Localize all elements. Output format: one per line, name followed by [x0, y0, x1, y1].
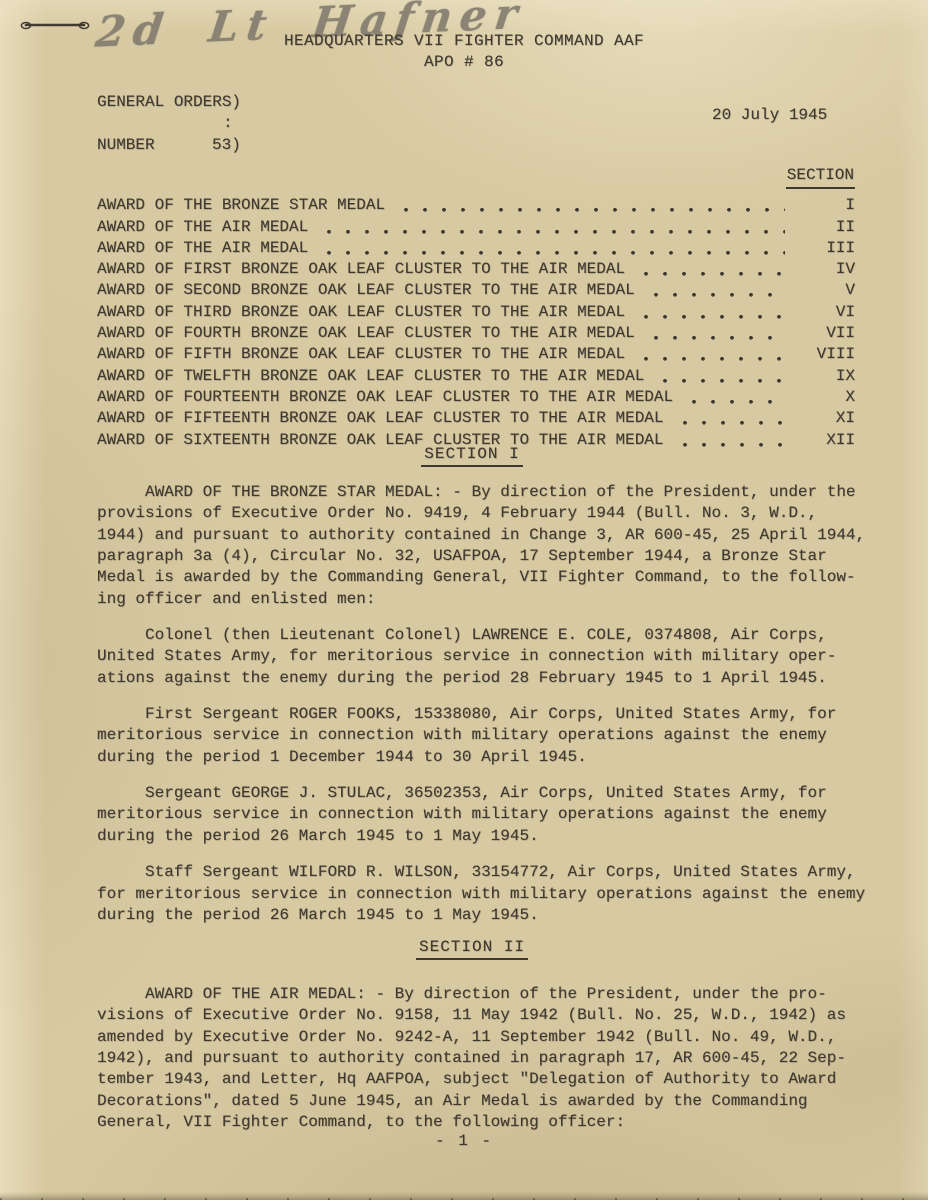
document-page: 2d Lt Hafner HEADQUARTERS VII FIGHTER CO… [0, 0, 928, 1200]
toc-dot-leader [637, 344, 785, 365]
number-label: NUMBER [97, 135, 212, 156]
text-line: Colonel (then Lieutenant Colonel) LAWREN… [97, 625, 887, 646]
toc-row: AWARD OF THE AIR MEDALII [97, 217, 855, 238]
header-apo-line: APO # 86 [0, 52, 928, 73]
text-line: United States Army, for meritorious serv… [97, 646, 887, 667]
toc-row: AWARD OF THIRD BRONZE OAK LEAF CLUSTER T… [97, 302, 855, 323]
text-line: ations against the enemy during the peri… [97, 668, 887, 689]
header-command-line: HEADQUARTERS VII FIGHTER COMMAND AAF [0, 31, 928, 52]
toc-rows: AWARD OF THE BRONZE STAR MEDALIAWARD OF … [97, 195, 855, 451]
toc-row-section-numeral: IV [795, 259, 855, 280]
text-line: for meritorious service in connection wi… [97, 884, 887, 905]
toc-row-section-numeral: VIII [795, 344, 855, 365]
toc-dot-leader [637, 302, 785, 323]
toc-row-section-numeral: XI [795, 408, 855, 429]
paragraph: AWARD OF THE BRONZE STAR MEDAL: - By dir… [97, 482, 887, 610]
text-line: Sergeant GEORGE J. STULAC, 36502353, Air… [97, 783, 887, 804]
toc-row-section-numeral: VI [795, 302, 855, 323]
text-line: First Sergeant ROGER FOOKS, 15338080, Ai… [97, 704, 887, 725]
toc-row-title: AWARD OF THE BRONZE STAR MEDAL [97, 195, 385, 216]
toc-dot-leader [320, 238, 785, 259]
page-bottom-edge [0, 1192, 928, 1200]
paragraph: First Sergeant ROGER FOOKS, 15338080, Ai… [97, 704, 887, 768]
order-date: 20 July 1945 [712, 106, 827, 124]
toc-header-row: SECTION [97, 165, 855, 189]
toc-row-title: AWARD OF FOURTH BRONZE OAK LEAF CLUSTER … [97, 323, 635, 344]
toc-row-title: AWARD OF FIFTH BRONZE OAK LEAF CLUSTER T… [97, 344, 625, 365]
toc-row-section-numeral: I [795, 195, 855, 216]
toc-section-column-header: SECTION [786, 165, 855, 189]
text-line: 1944) and pursuant to authority containe… [97, 525, 887, 546]
toc-row-section-numeral: V [795, 280, 855, 301]
toc-row: AWARD OF SECOND BRONZE OAK LEAF CLUSTER … [97, 280, 855, 301]
toc-dot-leader [637, 259, 785, 280]
page-number: - 1 - [0, 1132, 928, 1150]
toc-row: AWARD OF FOURTH BRONZE OAK LEAF CLUSTER … [97, 323, 855, 344]
text-line: ing officer and enlisted men: [97, 589, 887, 610]
paragraph: AWARD OF THE AIR MEDAL: - By direction o… [97, 984, 887, 1133]
toc-dot-leader [676, 408, 786, 429]
toc-dot-leader [647, 280, 785, 301]
text-line: meritorious service in connection with m… [97, 804, 887, 825]
toc-dot-leader [647, 323, 785, 344]
toc-row: AWARD OF FIFTEENTH BRONZE OAK LEAF CLUST… [97, 408, 855, 429]
toc-row: AWARD OF FIRST BRONZE OAK LEAF CLUSTER T… [97, 259, 855, 280]
toc-row-title: AWARD OF FIRST BRONZE OAK LEAF CLUSTER T… [97, 259, 625, 280]
toc-dot-leader [397, 195, 785, 216]
text-line: during the period 26 March 1945 to 1 May… [97, 905, 887, 926]
toc-row-title: AWARD OF TWELFTH BRONZE OAK LEAF CLUSTER… [97, 366, 644, 387]
toc-row-title: AWARD OF THE AIR MEDAL [97, 217, 308, 238]
document-header: HEADQUARTERS VII FIGHTER COMMAND AAF APO… [0, 31, 928, 74]
table-of-contents: SECTION AWARD OF THE BRONZE STAR MEDALIA… [97, 165, 855, 451]
toc-row-section-numeral: X [795, 387, 855, 408]
number-value: 53) [212, 136, 241, 154]
section-1-heading: SECTION I [8, 444, 928, 465]
text-line: visions of Executive Order No. 9158, 11 … [97, 1005, 887, 1026]
paragraph: Staff Sergeant WILFORD R. WILSON, 331547… [97, 862, 887, 926]
toc-row-section-numeral: IX [795, 366, 855, 387]
text-line: AWARD OF THE BRONZE STAR MEDAL: - By dir… [97, 482, 887, 503]
paragraph: Colonel (then Lieutenant Colonel) LAWREN… [97, 625, 887, 689]
toc-row: AWARD OF THE AIR MEDALIII [97, 238, 855, 259]
text-line: during the period 1 December 1944 to 30 … [97, 747, 887, 768]
text-line: Medal is awarded by the Commanding Gener… [97, 567, 887, 588]
text-line: amended by Executive Order No. 9242-A, 1… [97, 1027, 887, 1048]
toc-row-section-numeral: III [795, 238, 855, 259]
orders-label: GENERAL ORDERS) [97, 92, 241, 113]
section-2-heading: SECTION II [8, 937, 928, 958]
orders-number-line: NUMBER53) [97, 135, 241, 156]
text-line: AWARD OF THE AIR MEDAL: - By direction o… [97, 984, 887, 1005]
toc-row-section-numeral: II [795, 217, 855, 238]
toc-row-title: AWARD OF FIFTEENTH BRONZE OAK LEAF CLUST… [97, 408, 664, 429]
toc-row: AWARD OF THE BRONZE STAR MEDALI [97, 195, 855, 216]
text-line: provisions of Executive Order No. 9419, … [97, 503, 887, 524]
text-line: Staff Sergeant WILFORD R. WILSON, 331547… [97, 862, 887, 883]
toc-row-title: AWARD OF FOURTEENTH BRONZE OAK LEAF CLUS… [97, 387, 673, 408]
toc-row-title: AWARD OF THIRD BRONZE OAK LEAF CLUSTER T… [97, 302, 625, 323]
toc-dot-leader [656, 366, 785, 387]
orders-separator: : [97, 113, 241, 134]
orders-block: GENERAL ORDERS) : NUMBER53) [97, 92, 241, 156]
toc-row: AWARD OF FIFTH BRONZE OAK LEAF CLUSTER T… [97, 344, 855, 365]
toc-row-title: AWARD OF THE AIR MEDAL [97, 238, 308, 259]
paragraph: Sergeant GEORGE J. STULAC, 36502353, Air… [97, 783, 887, 847]
text-line: tember 1943, and Letter, Hq AAFPOA, subj… [97, 1069, 887, 1090]
section-1-body: AWARD OF THE BRONZE STAR MEDAL: - By dir… [97, 482, 887, 941]
text-line: during the period 26 March 1945 to 1 May… [97, 826, 887, 847]
text-line: paragraph 3a (4), Circular No. 32, USAFP… [97, 546, 887, 567]
text-line: 1942), and pursuant to authority contain… [97, 1048, 887, 1069]
toc-row-title: AWARD OF SECOND BRONZE OAK LEAF CLUSTER … [97, 280, 635, 301]
text-line: General, VII Fighter Command, to the fol… [97, 1112, 887, 1133]
toc-row-section-numeral: VII [795, 323, 855, 344]
section-2-body: AWARD OF THE AIR MEDAL: - By direction o… [97, 984, 887, 1148]
toc-row: AWARD OF FOURTEENTH BRONZE OAK LEAF CLUS… [97, 387, 855, 408]
toc-dot-leader [320, 217, 785, 238]
text-line: meritorious service in connection with m… [97, 725, 887, 746]
toc-dot-leader [685, 387, 785, 408]
text-line: Decorations", dated 5 June 1945, an Air … [97, 1091, 887, 1112]
toc-row: AWARD OF TWELFTH BRONZE OAK LEAF CLUSTER… [97, 366, 855, 387]
